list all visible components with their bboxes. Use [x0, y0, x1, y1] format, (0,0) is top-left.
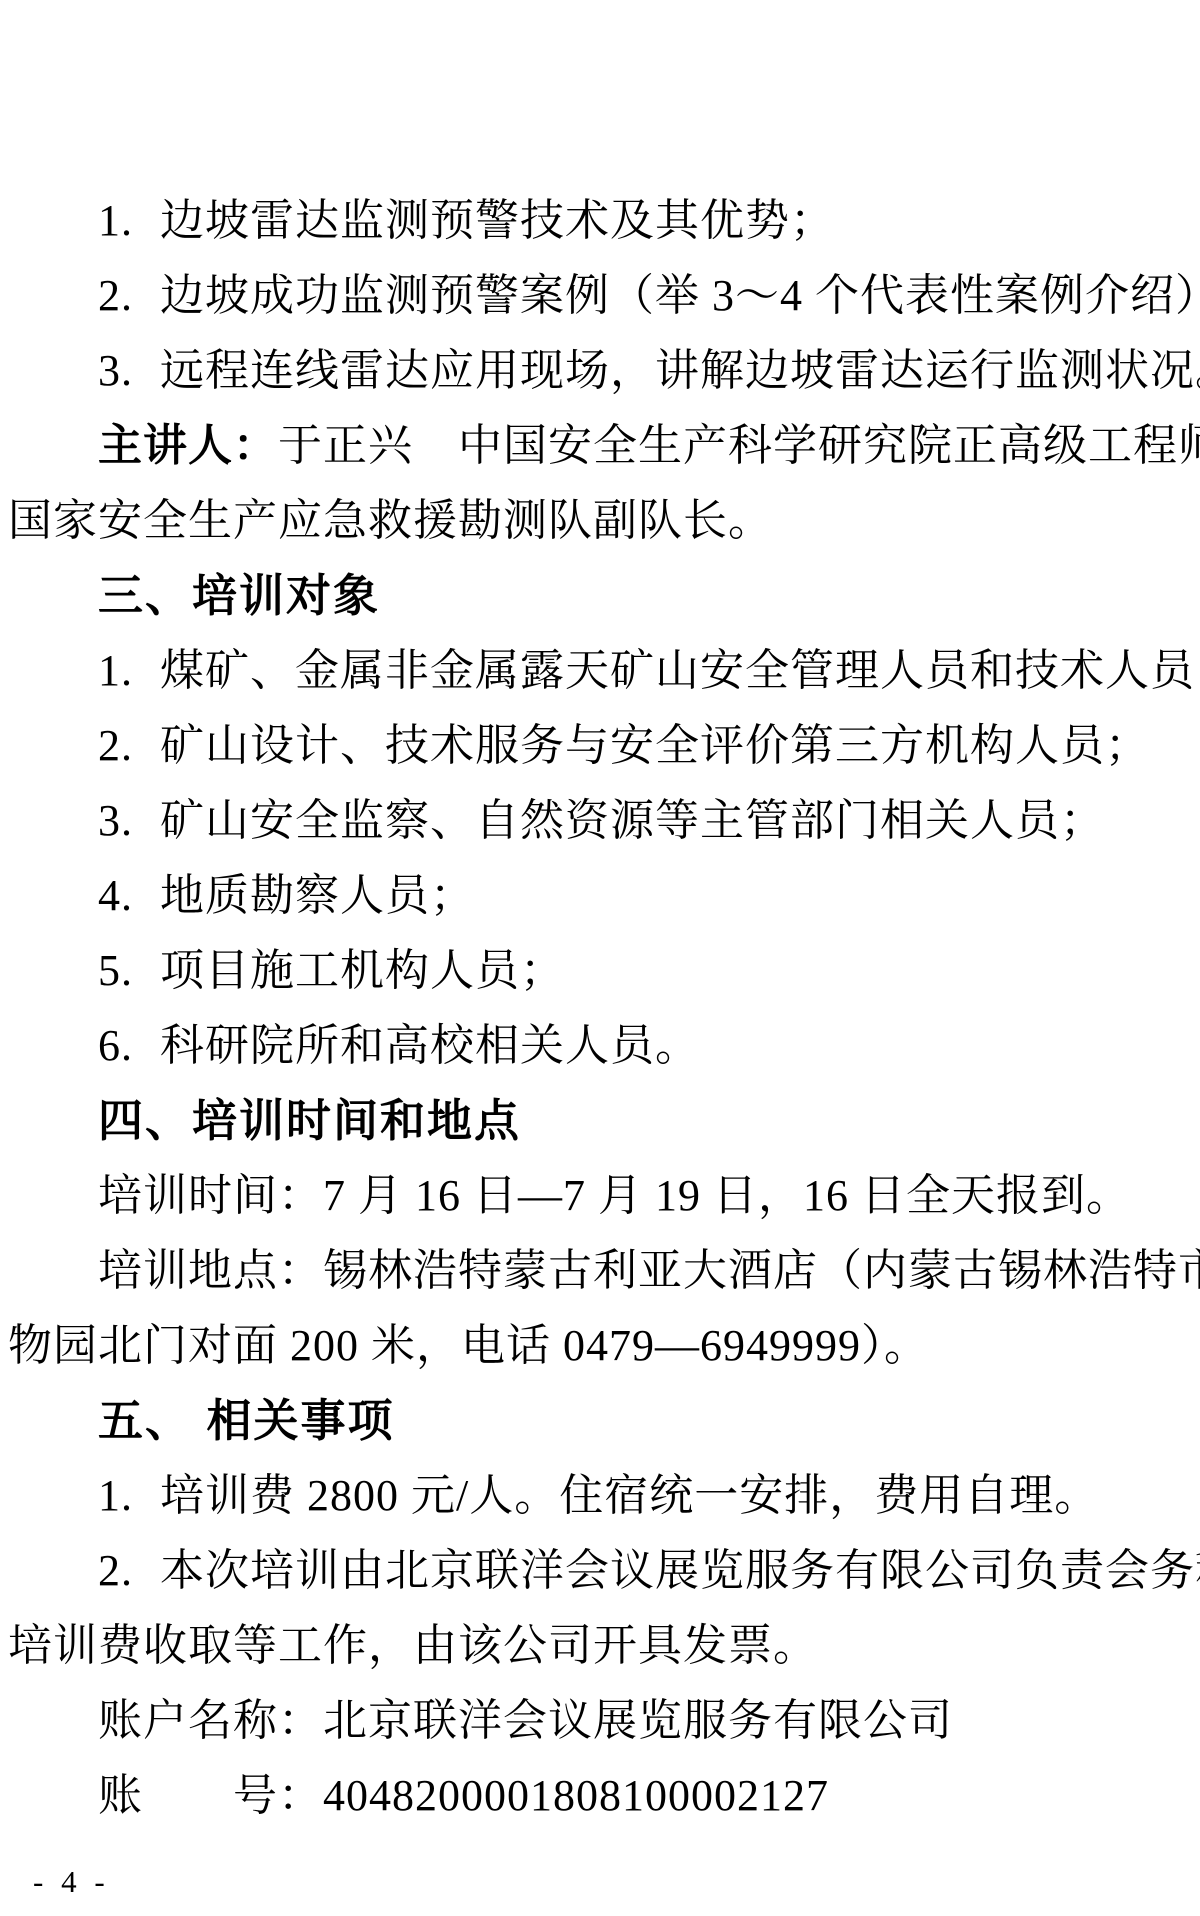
list-item-text: 地质勘察人员；	[160, 871, 475, 920]
list-item-trainee-6: 6.科研院所和高校相关人员。	[8, 1008, 1192, 1083]
list-item-text: 矿山设计、技术服务与安全评价第三方机构人员；	[160, 721, 1150, 770]
lecturer-text: 于正兴 中国安全生产科学研究院正高级工程师，	[278, 421, 1200, 470]
list-number: 1.	[98, 183, 160, 258]
list-item-topic-3: 3.远程连线雷达应用现场，讲解边坡雷达运行监测状况。	[8, 333, 1192, 408]
list-item-trainee-4: 4.地质勘察人员；	[8, 858, 1192, 933]
page-number: - 4 -	[33, 1862, 110, 1902]
list-number: 2.	[98, 708, 160, 783]
list-item-trainee-5: 5.项目施工机构人员；	[8, 933, 1192, 1008]
paragraph-lecturer-cont: 国家安全生产应急救援勘测队副队长。	[8, 483, 1192, 558]
section-heading-text: 五、 相关事项	[98, 1395, 395, 1446]
account-number-text: 账 号：4048200001808100002127	[98, 1771, 829, 1820]
list-number: 2.	[98, 258, 160, 333]
section-heading-3-trainees: 三、培训对象	[8, 558, 1192, 633]
list-number: 5.	[98, 933, 160, 1008]
paragraph-account-name: 账户名称：北京联洋会议展览服务有限公司	[8, 1683, 1192, 1758]
list-item-text: 边坡成功监测预警案例（举 3～4 个代表性案例介绍）；	[160, 271, 1200, 320]
list-item-text: 边坡雷达监测预警技术及其优势；	[160, 196, 835, 245]
list-item-text: 培训费 2800 元/人。住宿统一安排，费用自理。	[160, 1471, 1099, 1520]
section-heading-text: 四、培训时间和地点	[98, 1095, 521, 1146]
paragraph-lecturer: 主讲人：于正兴 中国安全生产科学研究院正高级工程师，	[8, 408, 1192, 483]
list-item-trainee-1: 1.煤矿、金属非金属露天矿山安全管理人员和技术人员；	[8, 633, 1192, 708]
list-item-text: 煤矿、金属非金属露天矿山安全管理人员和技术人员；	[160, 646, 1200, 695]
list-item-trainee-2: 2.矿山设计、技术服务与安全评价第三方机构人员；	[8, 708, 1192, 783]
list-number: 1.	[98, 1458, 160, 1533]
list-number: 1.	[98, 633, 160, 708]
paragraph-account-number: 账 号：4048200001808100002127	[8, 1758, 1192, 1833]
list-item-text: 科研院所和高校相关人员。	[160, 1021, 700, 1070]
paragraph-training-place-cont: 物园北门对面 200 米，电话 0479—6949999）。	[8, 1308, 1192, 1383]
list-number: 3.	[98, 333, 160, 408]
list-item-topic-1: 1.边坡雷达监测预警技术及其优势；	[8, 183, 1192, 258]
section-heading-5-related-matters: 五、 相关事项	[8, 1383, 1192, 1458]
list-item-text: 矿山安全监察、自然资源等主管部门相关人员；	[160, 796, 1105, 845]
list-item-text: 远程连线雷达应用现场，讲解边坡雷达运行监测状况。	[160, 346, 1200, 395]
list-number: 4.	[98, 858, 160, 933]
training-time-text: 培训时间：7 月 16 日—7 月 19 日，16 日全天报到。	[98, 1171, 1131, 1220]
list-item-matter-1: 1.培训费 2800 元/人。住宿统一安排，费用自理。	[8, 1458, 1192, 1533]
training-place-text-cont: 物园北门对面 200 米，电话 0479—6949999）。	[8, 1321, 929, 1370]
training-place-text: 培训地点：锡林浩特蒙古利亚大酒店（内蒙古锡林浩特市植	[98, 1246, 1200, 1295]
list-item-text: 项目施工机构人员；	[160, 946, 565, 995]
paragraph-training-place: 培训地点：锡林浩特蒙古利亚大酒店（内蒙古锡林浩特市植	[8, 1233, 1192, 1308]
document-page: 1.边坡雷达监测预警技术及其优势； 2.边坡成功监测预警案例（举 3～4 个代表…	[0, 0, 1200, 1916]
list-item-trainee-3: 3.矿山安全监察、自然资源等主管部门相关人员；	[8, 783, 1192, 858]
list-item-matter-2-cont: 培训费收取等工作，由该公司开具发票。	[8, 1608, 1192, 1683]
list-number: 2.	[98, 1533, 160, 1608]
list-item-matter-2: 2.本次培训由北京联洋会议展览服务有限公司负责会务和	[8, 1533, 1192, 1608]
list-item-text-cont: 培训费收取等工作，由该公司开具发票。	[8, 1621, 818, 1670]
lecturer-label: 主讲人：	[98, 421, 278, 470]
list-number: 3.	[98, 783, 160, 858]
list-number: 6.	[98, 1008, 160, 1083]
section-heading-4-time-place: 四、培训时间和地点	[8, 1083, 1192, 1158]
list-item-text: 本次培训由北京联洋会议展览服务有限公司负责会务和	[160, 1546, 1200, 1595]
document-body: 1.边坡雷达监测预警技术及其优势； 2.边坡成功监测预警案例（举 3～4 个代表…	[8, 183, 1192, 1833]
account-name-text: 账户名称：北京联洋会议展览服务有限公司	[98, 1696, 953, 1745]
paragraph-training-time: 培训时间：7 月 16 日—7 月 19 日，16 日全天报到。	[8, 1158, 1192, 1233]
section-heading-text: 三、培训对象	[98, 570, 380, 621]
lecturer-text-cont: 国家安全生产应急救援勘测队副队长。	[8, 496, 773, 545]
list-item-topic-2: 2.边坡成功监测预警案例（举 3～4 个代表性案例介绍）；	[8, 258, 1192, 333]
